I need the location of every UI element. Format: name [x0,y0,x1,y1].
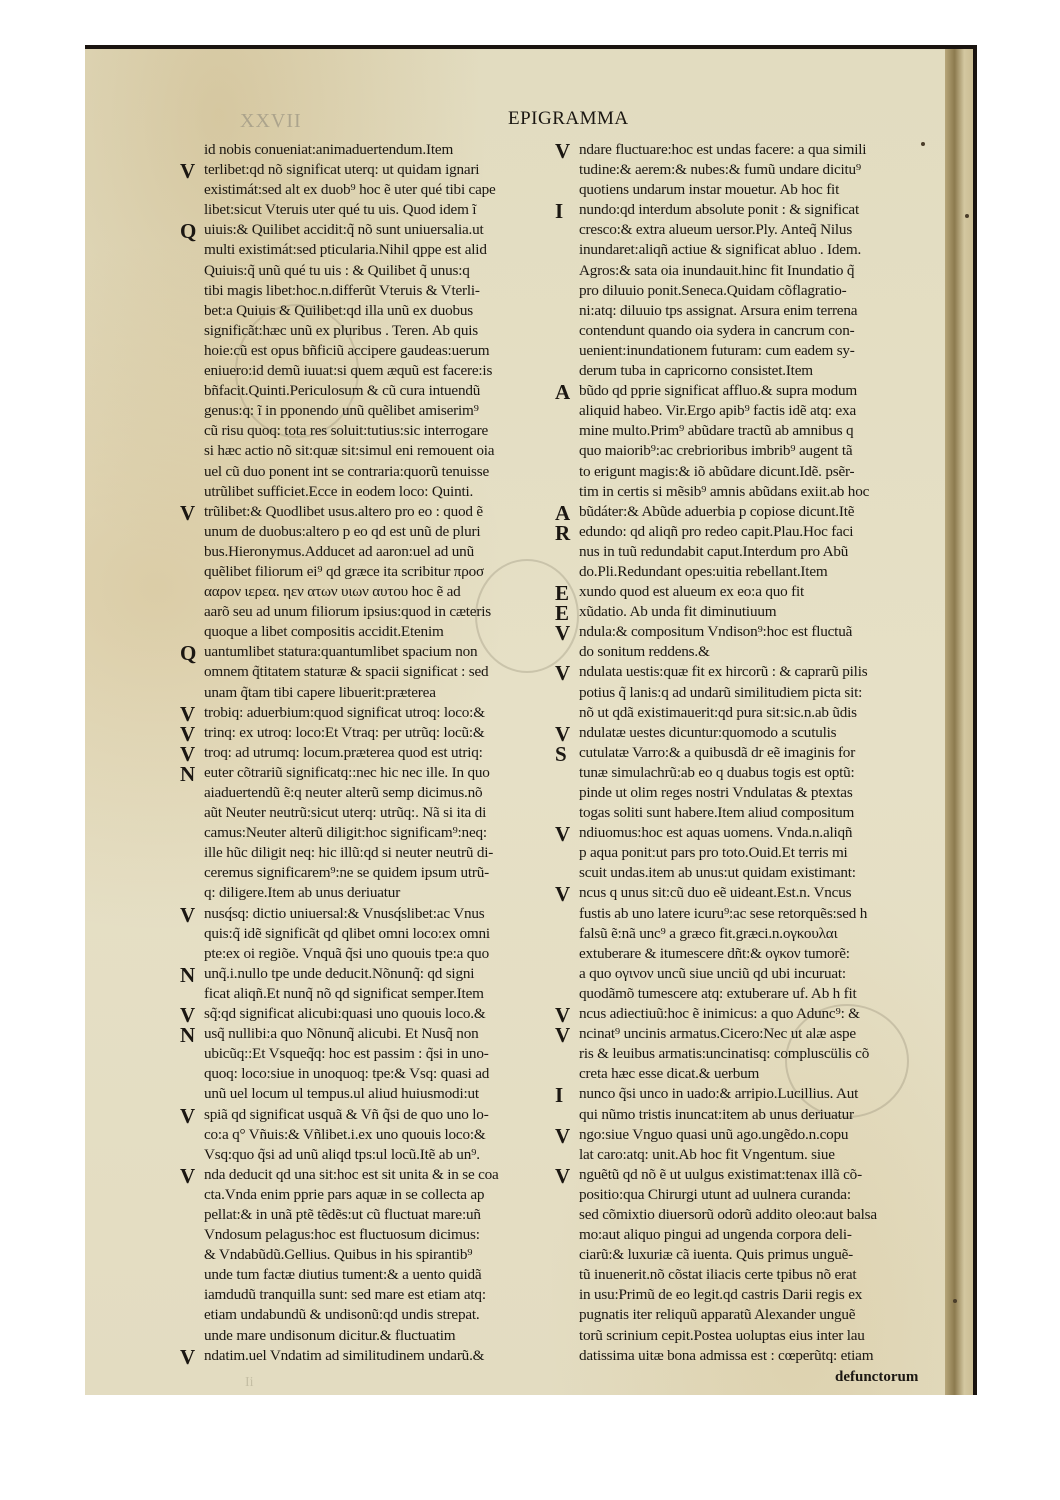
lombard-initial: I [555,201,563,221]
text-line: do sonitum reddens.& [555,642,925,662]
line-text: datissima uitæ bona admissa est : cœperũ… [579,1347,873,1364]
line-text: co:a q° Vñuis:& Vñlibet.i.ex uno quouis … [204,1126,485,1143]
lombard-initial: E [555,583,569,603]
line-text: tũ inuenerit.nõ cõstat iliacis certe tpi… [579,1266,856,1283]
text-line: eniuero:id demũ iuuat:si quem æquũ est f… [180,361,552,381]
text-line: ceremus significarem⁹:ne se quidem ipsum… [180,863,552,883]
book-spine-edge [945,49,977,1395]
line-text: unde tum factæ diutius tument:& a uento … [204,1266,481,1283]
line-text: spiã qd significat usquã & Vñ q̃si de qu… [204,1106,489,1123]
line-text: ni:atq: diluuio tps assignat. Arsura eni… [579,302,857,319]
text-line: qui nũmo tristis inuncat:item ab unus de… [555,1105,925,1125]
lombard-initial: V [555,663,570,683]
line-text: to erigunt magis:& iõ abũdare dicunt.Idẽ… [579,463,854,480]
ink-speck [953,1299,957,1303]
line-text: nguẽtũ qd nõ ẽ ut uulgus existimat:tenax… [579,1166,862,1183]
text-line: Quiuis:q̃ unũ qué tu uis : & Quilibet q̃… [180,261,552,281]
lombard-initial: V [180,1166,195,1186]
text-line: potius q̃ lanis:q ad undarũ similitudiem… [555,683,925,703]
line-text: quodãmõ tumescere atq: extuberare uf. Ab… [579,985,857,1002]
line-text: q: diligere.Item ab unus deriuatur [204,884,400,901]
line-text: nda deducit qd una sit:hoc est sit unita… [204,1166,499,1183]
text-line: Vndulata uestis:quæ fit ex hircorũ : & c… [555,662,925,682]
text-line: Quiuis:& Quilibet accidit:q̃ nõ sunt uni… [180,220,552,240]
line-text: pte:ex oi regiõe. Vnquã q̃si uno quouis … [204,945,489,962]
text-line: torũ scrinium cepit.Postea uoluptas eius… [555,1326,925,1346]
text-line: Exũdatio. Ab unda fit diminutiuum [555,602,925,622]
text-line: significãt:hæc unũ ex pluribus . Teren. … [180,321,552,341]
line-text: ngo:siue Vnguo quasi unũ ago.ungẽdo.n.co… [579,1126,848,1143]
line-text: fustis ab uno latere icuru⁹:ac sese reto… [579,905,867,922]
line-text: bus.Hieronymus.Adducet ad aaron:uel ad u… [204,543,474,560]
line-text: torũ scrinium cepit.Postea uoluptas eius… [579,1327,865,1344]
text-line: Vsq̃:qd significat alicubi:quasi uno quo… [180,1004,552,1024]
line-text: aũt Neuter neutrũ:sicut uterq: utrũq:. N… [204,804,486,821]
text-line: omnem q̃titatem staturæ & spacii signifi… [180,662,552,682]
text-line: ubicũq::Et Vsqueq̃q: hoc est passim : q̃… [180,1044,552,1064]
text-line: ααρον ιερεα. ηεν ατων υιων αυτου hoc ẽ a… [180,582,552,602]
lombard-initial: V [180,744,195,764]
line-text: potius q̃ lanis:q ad undarũ similitudiem… [579,684,862,701]
line-text: xũdatio. Ab unda fit diminutiuum [579,603,776,620]
text-line: Vndosum pelagus:hoc est fluctuosum dicim… [180,1225,552,1245]
text-line: sed cõmixtio diuersorũ odorũ addito oleo… [555,1205,925,1225]
line-text: togas soliti sunt habere.Item aliud comp… [579,804,854,821]
text-line: Vndiuomus:hoc est aquas uomens. Vnda.n.a… [555,823,925,843]
folio-number: XXVII [240,110,302,133]
line-text: pro diluuio ponit.Seneca.Quidam cõflagra… [579,282,846,299]
text-line: bñfacit.Quinti.Periculosum & cũ cura int… [180,381,552,401]
text-line: cũ risu quoq: tota res soluit:tutius:sic… [180,421,552,441]
line-text: euter cõtrariũ significatq::nec hic nec … [204,764,490,781]
left-text-column: id nobis conueniat:animaduertendum.ItemV… [180,140,552,1366]
text-line: cresco:& extra alueum uersor.Ply. Anteq̃… [555,220,925,240]
lombard-initial: V [180,1106,195,1126]
text-line: Vtrũlibet:& Quodlibet usus.altero pro eo… [180,502,552,522]
lombard-initial: V [555,1005,570,1025]
line-text: hoie:cũ est opus bñficiũ accipere gaudea… [204,342,489,359]
text-line: tim in certis si mẽsib⁹ amnis abũdans ex… [555,482,925,502]
line-text: bet:a Quiuis & Quilibet:qd illa unũ ex d… [204,302,473,319]
text-line: togas soliti sunt habere.Item aliud comp… [555,803,925,823]
line-text: cutulatæ Varro:& a quibusdã dr eẽ imagin… [579,744,855,761]
line-text: libet:sicut Vteruis uter qué tu uis. Quo… [204,201,476,218]
text-line: uenient:inundationem futuram: cum eadem … [555,341,925,361]
lombard-initial: V [555,1166,570,1186]
line-text: tibi magis libet:hoc.n.differũt Vteruis … [204,282,480,299]
text-line: mo:aut aliquo pingui ad ungenda corpora … [555,1225,925,1245]
line-text: tim in certis si mẽsib⁹ amnis abũdans ex… [579,483,869,500]
line-text: terlibet:qd nõ significat uterq: ut quid… [204,161,479,178]
lombard-initial: N [180,1025,195,1045]
text-line: ille hũc diligit neq: hic illũ:qd si neu… [180,843,552,863]
text-line: to erigunt magis:& iõ abũdare dicunt.Idẽ… [555,462,925,482]
line-text: utrũlibet sufficiet.Ecce in eodem loco: … [204,483,473,500]
text-line: Nunq̃.i.nullo tpe unde deducit.Nõnunq̃: … [180,964,552,984]
text-line: aarõ seu ad unum filiorum ipsius:quod in… [180,602,552,622]
text-line: si hæc actio nõ sit:quæ sit:simul eni re… [180,441,552,461]
line-text: ficat aliqñ.Et nunq̃ nõ qd significat se… [204,985,484,1002]
lombard-initial: A [555,382,570,402]
line-text: qui nũmo tristis inuncat:item ab unus de… [579,1106,854,1123]
lombard-initial: V [180,724,195,744]
text-line: Quantumlibet statura:quantumlibet spaciu… [180,642,552,662]
text-line: tũ inuenerit.nõ cõstat iliacis certe tpi… [555,1265,925,1285]
text-line: extuberare & itumescere dñt:& ογκον tumo… [555,944,925,964]
text-line: pinde ut olim reges nostri Vndulatas & p… [555,783,925,803]
line-text: sq̃:qd significat alicubi:quasi uno quou… [204,1005,485,1022]
line-text: cta.Vnda enim pprie pars aquæ in se coll… [204,1186,484,1203]
line-text: p aqua ponit:ut pars pro toto.Ouid.Et te… [579,844,848,861]
lombard-initial: V [555,623,570,643]
line-text: mo:aut aliquo pingui ad ungenda corpora … [579,1226,852,1243]
text-line: Neuter cõtrariũ significatq::nec hic nec… [180,763,552,783]
text-line: pellat:& in unã ptẽ tẽdẽs:ut cũ fluctuat… [180,1205,552,1225]
text-line: Vnusq́sq: dictio uniuersal:& Vnusq́slibe… [180,904,552,924]
line-text: etiam undabundũ & undisonũ:qd undis stre… [204,1306,480,1323]
line-text: bũdo qd pprie significat affluo.& supra … [579,382,857,399]
lombard-initial: V [180,161,195,181]
line-text: pellat:& in unã ptẽ tẽdẽs:ut cũ fluctuat… [204,1206,481,1223]
line-text: ndiuomus:hoc est aquas uomens. Vnda.n.al… [579,824,852,841]
line-text: ndatim.uel Vndatim ad similitudinem unda… [204,1347,484,1364]
text-line: Vsq:quo q̃si ad unũ aliqd tps:ul locũ.It… [180,1145,552,1165]
lombard-initial: V [180,1005,195,1025]
text-line: bus.Hieronymus.Adducet ad aaron:uel ad u… [180,542,552,562]
line-text: do sonitum reddens.& [579,643,710,660]
text-line: uel cũ duo ponent int se contraria:quorũ… [180,462,552,482]
line-text: inundaret:aliqñ actiue & significat ablu… [579,241,861,258]
line-text: unq̃.i.nullo tpe unde deducit.Nõnunq̃: q… [204,965,474,982]
text-line: Abũdáter:& Abũde aduerbia p copiose dicu… [555,502,925,522]
text-line: Vncus adiectiuũ:hoc ẽ inimicus: a quo Ad… [555,1004,925,1024]
line-text: a quo ογινον uncũ siue unciũ qd ubi incu… [579,965,846,982]
text-line: mine multo.Prim⁹ abũdare tractũ ab amnib… [555,421,925,441]
text-line: pte:ex oi regiõe. Vnquã q̃si uno quouis … [180,944,552,964]
text-line: ni:atq: diluuio tps assignat. Arsura eni… [555,301,925,321]
lombard-initial: E [555,603,569,623]
text-line: aũt Neuter neutrũ:sicut uterq: utrũq:. N… [180,803,552,823]
text-line: creta hæc esse dicat.& uerbum [555,1064,925,1084]
line-text: unam q̃tam tibi capere libuerit:præterea [204,684,436,701]
text-line: bet:a Quiuis & Quilibet:qd illa unũ ex d… [180,301,552,321]
lombard-initial: V [555,1126,570,1146]
lombard-initial: V [180,503,195,523]
text-line: Vnda deducit qd una sit:hoc est sit unit… [180,1165,552,1185]
text-line: quodãmõ tumescere atq: extuberare uf. Ab… [555,984,925,1004]
line-text: uenient:inundationem futuram: cum eadem … [579,342,855,359]
line-text: unum de duobus:altero p eo qd est unũ de… [204,523,480,540]
line-text: sed cõmixtio diuersorũ odorũ addito oleo… [579,1206,877,1223]
running-head: EPIGRAMMA [508,108,629,130]
lombard-initial: Q [180,221,196,241]
line-text: extuberare & itumescere dñt:& ογκον tumo… [579,945,850,962]
line-text: trobiq: aduerbium:quod significat utroq:… [204,704,485,721]
line-text: quis:q̃ idẽ significãt qd qlibet omni lo… [204,925,490,942]
text-line: positio:qua Chirurgi utunt ad uulnera cu… [555,1185,925,1205]
text-line: unam q̃tam tibi capere libuerit:præterea [180,683,552,703]
text-line: Vspiã qd significat usquã & Vñ q̃si de q… [180,1105,552,1125]
right-text-column: Vndare fluctuare:hoc est undas facere: a… [555,140,925,1366]
line-text: derum tuba in capricorno consistet.Item [579,362,813,379]
text-line: tibi magis libet:hoc.n.differũt Vteruis … [180,281,552,301]
text-line: existimát:sed alt ex duob⁹ hoc ẽ uter qu… [180,180,552,200]
line-text: aliquid habeo. Vir.Ergo apib⁹ factis idẽ… [579,402,856,419]
text-line: a quo ογινον uncũ siue unciũ qd ubi incu… [555,964,925,984]
lombard-initial: V [555,824,570,844]
text-line: Vtroq: ad utrumq: locum.præterea quod es… [180,743,552,763]
line-text: multi existimát:sed pticularia.Nihil qpp… [204,241,487,258]
lombard-initial: V [180,704,195,724]
line-text: uel cũ duo ponent int se contraria:quorũ… [204,463,489,480]
text-line: Inundo:qd interdum absolute ponit : & si… [555,200,925,220]
line-text: quo maiorib⁹:ac crebrioribus imbrib⁹ aug… [579,442,852,459]
text-line: Nusq̃ nullibi:a quo Nõnunq̃ alicubi. Et … [180,1024,552,1044]
line-text: nunco q̃si unco in uado:& arripio.Lucill… [579,1085,858,1102]
text-line: ficat aliqñ.Et nunq̃ nõ qd significat se… [180,984,552,1004]
lombard-initial: Q [180,643,196,663]
text-line: quis:q̃ idẽ significãt qd qlibet omni lo… [180,924,552,944]
line-text: contendunt quando oia sydera in cancrum … [579,322,854,339]
text-line: do.Pli.Redundant opes:uitia rebellant.It… [555,562,925,582]
text-line: libet:sicut Vteruis uter qué tu uis. Quo… [180,200,552,220]
line-text: ncus q unus sit:cũ duo eẽ uideant.Est.n.… [579,884,851,901]
text-line: Vndatim.uel Vndatim ad similitudinem und… [180,1346,552,1366]
lombard-initial: R [555,523,570,543]
text-line: Exundo quod est alueum ex eo:a quo fit [555,582,925,602]
text-line: in usu:Primũ de eo legit.qd castris Dari… [555,1285,925,1305]
text-line: Vtrinq: ex utroq: loco:Et Vtraq: per utr… [180,723,552,743]
lombard-initial: N [180,965,195,985]
text-line: iamdudũ tranquilla sunt: sed mare est et… [180,1285,552,1305]
line-text: lat caro:atq: unit.Ab hoc fit Vngentum. … [579,1146,835,1163]
text-line: Vngo:siue Vnguo quasi unũ ago.ungẽdo.n.c… [555,1125,925,1145]
line-text: in usu:Primũ de eo legit.qd castris Dari… [579,1286,862,1303]
line-text: unũ uel locum ul tempus.ul aliud huiusmo… [204,1085,479,1102]
text-line: lat caro:atq: unit.Ab hoc fit Vngentum. … [555,1145,925,1165]
text-line: scuit undas.item ab unus:ut quidam exist… [555,863,925,883]
line-text: existimát:sed alt ex duob⁹ hoc ẽ uter qu… [204,181,496,198]
text-line: Vndare fluctuare:hoc est undas facere: a… [555,140,925,160]
line-text: edundo: qd aliqñ pro redeo capit.Plau.Ho… [579,523,853,540]
line-text: pugnatis iter reliquũ apparatũ Alexander… [579,1306,855,1323]
text-line: unde tum factæ diutius tument:& a uento … [180,1265,552,1285]
text-line: inundaret:aliqñ actiue & significat ablu… [555,240,925,260]
line-text: uiuis:& Quilibet accidit:q̃ nõ sunt uniu… [204,221,484,238]
text-line: Vterlibet:qd nõ significat uterq: ut qui… [180,160,552,180]
catchword: defunctorum [835,1369,918,1386]
text-line: Vndula:& compositum Vndison⁹:hoc est flu… [555,622,925,642]
text-line: tudine:& aerem:& nubes:& fumũ undare dic… [555,160,925,180]
text-line: ciarũ:& luxuriæ cã iuenta. Quis primus u… [555,1245,925,1265]
line-text: tunæ simulachrũ:ab eo q duabus togis est… [579,764,855,781]
line-text: positio:qua Chirurgi utunt ad uulnera cu… [579,1186,851,1203]
line-text: nõ ut qdã existimauerit:qd pura sit:sic.… [579,704,857,721]
text-line: Vncus q unus sit:cũ duo eẽ uideant.Est.n… [555,883,925,903]
line-text: ille hũc diligit neq: hic illũ:qd si neu… [204,844,493,861]
text-line: datissima uitæ bona admissa est : cœperũ… [555,1346,925,1366]
line-text: omnem q̃titatem staturæ & spacii signifi… [204,663,488,680]
line-text: trinq: ex utroq: loco:Et Vtraq: per utrũ… [204,724,485,741]
line-text: camus:Neuter alterũ diligit:hoc signific… [204,824,487,841]
line-text: falsũ ẽ:nã unc⁹ a græco fit.græci.n.ογκο… [579,925,837,942]
line-text: ndula:& compositum Vndison⁹:hoc est fluc… [579,623,852,640]
line-text: Vndosum pelagus:hoc est fluctuosum dicim… [204,1226,480,1243]
text-line: pugnatis iter reliquũ apparatũ Alexander… [555,1305,925,1325]
lombard-initial: V [180,905,195,925]
text-line: etiam undabundũ & undisonũ:qd undis stre… [180,1305,552,1325]
line-text: troq: ad utrumq: locum.præterea quod est… [204,744,483,761]
text-line: contendunt quando oia sydera in cancrum … [555,321,925,341]
lombard-initial: S [555,744,566,764]
line-text: aiaduertendũ ẽ:q neuter alterũ semp dici… [204,784,482,801]
line-text: nus in tuũ redundabit caput.Interdum pro… [579,543,848,560]
ink-speck [965,214,969,218]
line-text: uantumlibet statura:quantumlibet spacium… [204,643,477,660]
text-line: Redundo: qd aliqñ pro redeo capit.Plau.H… [555,522,925,542]
lombard-initial: V [555,141,570,161]
line-text: nundo:qd interdum absolute ponit : & sig… [579,201,859,218]
text-line: tunæ simulachrũ:ab eo q duabus togis est… [555,763,925,783]
text-line: Inunco q̃si unco in uado:& arripio.Lucil… [555,1084,925,1104]
lombard-initial: V [555,884,570,904]
text-line: quoq: loco:siue in unoquoq: tpe:& Vsq: q… [180,1064,552,1084]
text-line: ris & leuibus armatis:uncinatisq: complu… [555,1044,925,1064]
line-text: pinde ut olim reges nostri Vndulatas & p… [579,784,853,801]
text-line: quẽlibet filiorum ei⁹ qd græce ita scrib… [180,562,552,582]
text-line: Vndulatæ uestes dicuntur:quomodo a scutu… [555,723,925,743]
text-line: derum tuba in capricorno consistet.Item [555,361,925,381]
line-text: ciarũ:& luxuriæ cã iuenta. Quis primus u… [579,1246,853,1263]
line-text: genus:q: ĩ in pponendo unũ quẽlibet amis… [204,402,479,419]
line-text: trũlibet:& Quodlibet usus.altero pro eo … [204,503,483,520]
text-line: quo maiorib⁹:ac crebrioribus imbrib⁹ aug… [555,441,925,461]
text-line: Vtrobiq: aduerbium:quod significat utroq… [180,703,552,723]
line-text: xundo quod est alueum ex eo:a quo fit [579,583,804,600]
line-text: bũdáter:& Abũde aduerbia p copiose dicun… [579,503,854,520]
line-text: significãt:hæc unũ ex pluribus . Teren. … [204,322,478,339]
lombard-initial: V [555,1025,570,1045]
line-text: unde mare undisonum dicitur.& fluctuatim [204,1327,455,1344]
text-line: fustis ab uno latere icuru⁹:ac sese reto… [555,904,925,924]
text-line: multi existimát:sed pticularia.Nihil qpp… [180,240,552,260]
line-text: cũ risu quoq: tota res soluit:tutius:sic… [204,422,488,439]
lombard-initial: I [555,1085,563,1105]
line-text: creta hæc esse dicat.& uerbum [579,1065,759,1082]
line-text: eniuero:id demũ iuuat:si quem æquũ est f… [204,362,492,379]
text-line: quotiens undarum instar mouetur. Ab hoc … [555,180,925,200]
line-text: cresco:& extra alueum uersor.Ply. Anteq̃… [579,221,852,238]
line-text: tudine:& aerem:& nubes:& fumũ undare dic… [579,161,861,178]
text-line: p aqua ponit:ut pars pro toto.Ouid.Et te… [555,843,925,863]
text-line: hoie:cũ est opus bñficiũ accipere gaudea… [180,341,552,361]
text-line: q: diligere.Item ab unus deriuatur [180,883,552,903]
lombard-initial: A [555,503,570,523]
line-text: id nobis conueniat:animaduertendum.Item [204,141,453,158]
line-text: quotiens undarum instar mouetur. Ab hoc … [579,181,839,198]
text-line: Scutulatæ Varro:& a quibusdã dr eẽ imagi… [555,743,925,763]
text-line: falsũ ẽ:nã unc⁹ a græco fit.græci.n.ογκο… [555,924,925,944]
text-line: genus:q: ĩ in pponendo unũ quẽlibet amis… [180,401,552,421]
line-text: ubicũq::Et Vsqueq̃q: hoc est passim : q̃… [204,1045,489,1062]
line-text: ndulata uestis:quæ fit ex hircorũ : & ca… [579,663,867,680]
text-line: id nobis conueniat:animaduertendum.Item [180,140,552,160]
line-text: ndulatæ uestes dicuntur:quomodo a scutul… [579,724,836,741]
text-line: unde mare undisonum dicitur.& fluctuatim [180,1326,552,1346]
text-line: aliquid habeo. Vir.Ergo apib⁹ factis idẽ… [555,401,925,421]
line-text: ncus adiectiuũ:hoc ẽ inimicus: a quo Adu… [579,1005,860,1022]
line-text: mine multo.Prim⁹ abũdare tractũ ab amnib… [579,422,853,439]
text-line: unum de duobus:altero p eo qd est unũ de… [180,522,552,542]
text-line: unũ uel locum ul tempus.ul aliud huiusmo… [180,1084,552,1104]
line-text: quoque a libet compositis accidit.Etenim [204,623,444,640]
line-text: quẽlibet filiorum ei⁹ qd græce ita scrib… [204,563,484,580]
text-line: camus:Neuter alterũ diligit:hoc signific… [180,823,552,843]
line-text: quoq: loco:siue in unoquoq: tpe:& Vsq: q… [204,1065,489,1082]
text-line: Agros:& sata oia inundauit.hinc fit Inun… [555,261,925,281]
show-through-text: Ii [245,1375,254,1391]
line-text: ndare fluctuare:hoc est undas facere: a … [579,141,866,158]
line-text: iamdudũ tranquilla sunt: sed mare est et… [204,1286,486,1303]
text-line: Vncinat⁹ uncinis armatus.Cicero:Nec ut a… [555,1024,925,1044]
text-line: co:a q° Vñuis:& Vñlibet.i.ex uno quouis … [180,1125,552,1145]
line-text: do.Pli.Redundant opes:uitia rebellant.It… [579,563,827,580]
line-text: ris & leuibus armatis:uncinatisq: complu… [579,1045,869,1062]
lombard-initial: V [180,1347,195,1367]
line-text: usq̃ nullibi:a quo Nõnunq̃ alicubi. Et N… [204,1025,478,1042]
lombard-initial: V [555,724,570,744]
line-text: ceremus significarem⁹:ne se quidem ipsum… [204,864,489,881]
line-text: scuit undas.item ab unus:ut quidam exist… [579,864,856,881]
text-line: quoque a libet compositis accidit.Etenim [180,622,552,642]
line-text: si hæc actio nõ sit:quæ sit:simul eni re… [204,442,494,459]
text-line: nus in tuũ redundabit caput.Interdum pro… [555,542,925,562]
line-text: Agros:& sata oia inundauit.hinc fit Inun… [579,262,854,279]
text-line: pro diluuio ponit.Seneca.Quidam cõflagra… [555,281,925,301]
text-line: Abũdo qd pprie significat affluo.& supra… [555,381,925,401]
line-text: Vsq:quo q̃si ad unũ aliqd tps:ul locũ.It… [204,1146,480,1163]
text-line: Vnguẽtũ qd nõ ẽ ut uulgus existimat:tena… [555,1165,925,1185]
line-text: ααρον ιερεα. ηεν ατων υιων αυτου hoc ẽ a… [204,583,461,600]
text-line: cta.Vnda enim pprie pars aquæ in se coll… [180,1185,552,1205]
line-text: & Vndabũdũ.Gellius. Quibus in his spiran… [204,1246,472,1263]
text-line: aiaduertendũ ẽ:q neuter alterũ semp dici… [180,783,552,803]
line-text: aarõ seu ad unum filiorum ipsius:quod in… [204,603,491,620]
text-line: nõ ut qdã existimauerit:qd pura sit:sic.… [555,703,925,723]
lombard-initial: N [180,764,195,784]
line-text: ncinat⁹ uncinis armatus.Cicero:Nec ut al… [579,1025,856,1042]
text-line: utrũlibet sufficiet.Ecce in eodem loco: … [180,482,552,502]
text-line: & Vndabũdũ.Gellius. Quibus in his spiran… [180,1245,552,1265]
line-text: nusq́sq: dictio uniuersal:& Vnusq́slibet… [204,905,484,922]
line-text: Quiuis:q̃ unũ qué tu uis : & Quilibet q̃… [204,262,470,279]
line-text: bñfacit.Quinti.Periculosum & cũ cura int… [204,382,480,399]
